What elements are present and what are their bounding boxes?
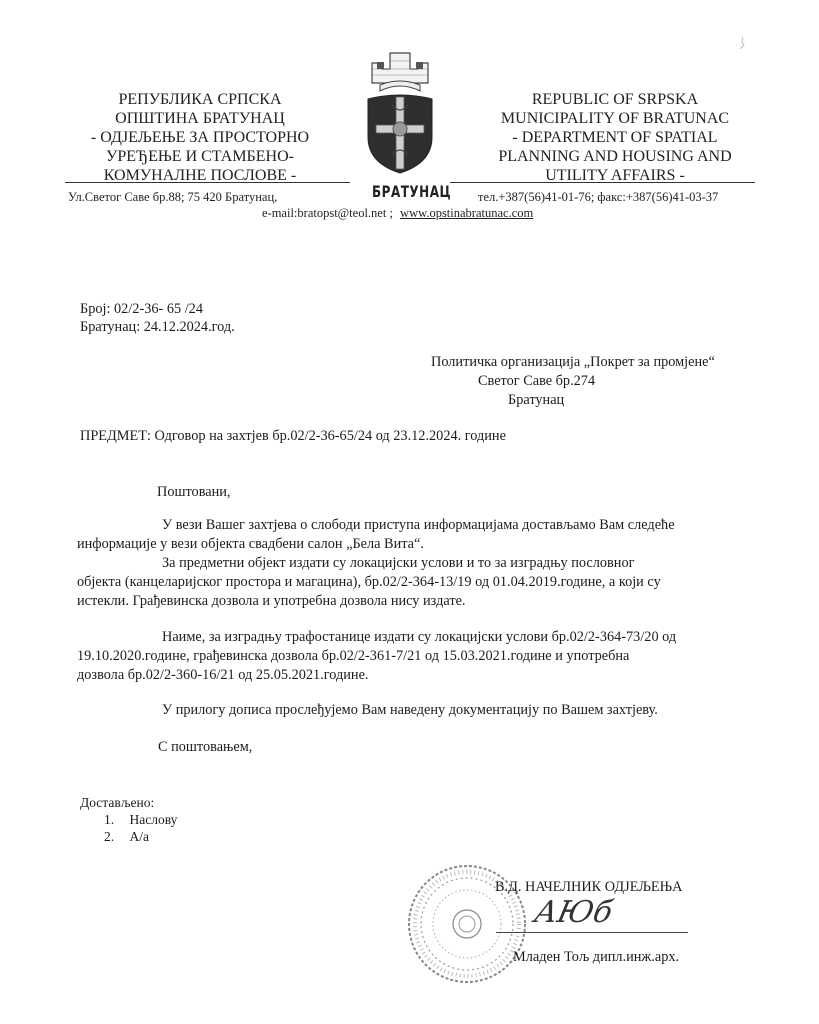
header-line: ОПШТИНА БРАТУНАЦ: [60, 109, 340, 128]
coat-of-arms-icon: [350, 45, 450, 185]
subject-line: ПРЕДМЕТ: Одговор на захтјев бр.02/2-36-6…: [80, 427, 506, 446]
paragraph-3-line: Наиме, за изградњу трафостанице издати с…: [162, 628, 676, 647]
phone-fax: тел.+387(56)41-01-76; факс:+387(56)41-03…: [478, 190, 718, 205]
letterhead-cyrillic: РЕПУБЛИКА СРПСКА ОПШТИНА БРАТУНАЦ - ОДЈЕ…: [60, 90, 340, 185]
header-divider-right: [450, 182, 755, 183]
header-line: РЕПУБЛИКА СРПСКА: [60, 90, 340, 109]
letterhead-english: REPUBLIC OF SRPSKA MUNICIPALITY OF BRATU…: [470, 90, 760, 185]
header-line: REPUBLIC OF SRPSKA: [470, 90, 760, 109]
scan-mark: [738, 36, 746, 52]
reference-number: Број: 02/2-36- 65 /24: [80, 300, 203, 319]
paragraph-3-line: дозвола бр.02/2-360-16/21 од 25.05.2021.…: [77, 666, 369, 685]
item-number: 1.: [104, 812, 114, 827]
delivered-item: 2. А/а: [104, 827, 149, 846]
item-text: А/а: [130, 829, 150, 844]
crest-label: БРАТУНАЦ: [372, 183, 451, 201]
recipient-city: Братунац: [508, 391, 564, 410]
header-line: - DEPARTMENT OF SPATIAL: [470, 128, 760, 147]
website-link[interactable]: www.opstinabratunac.com: [400, 206, 533, 220]
paragraph-2-line: објекта (канцеларијског простора и магац…: [77, 573, 661, 592]
place-date: Братунац: 24.12.2024.год.: [80, 318, 235, 337]
header-line: УРЕЂЕЊЕ И СТАМБЕНО-: [60, 147, 340, 166]
header-line: MUNICIPALITY OF BRATUNAC: [470, 109, 760, 128]
paragraph-1-line: У вези Вашег захтјева о слободи приступа…: [162, 516, 675, 535]
email: e-mail:bratopst@teol.net ;: [262, 206, 393, 220]
paragraph-1-line: информације у вези објекта свадбени сало…: [77, 535, 424, 554]
recipient-street: Светог Саве бр.274: [478, 372, 595, 391]
paragraph-4: У прилогу дописа прослеђујемо Вам наведе…: [162, 701, 658, 720]
paragraph-2-line: истекли. Грађевинска дозвола и употребна…: [77, 592, 466, 611]
salutation: Поштовани,: [157, 483, 230, 502]
address: Ул.Светог Саве бр.88; 75 420 Братунац,: [68, 190, 277, 205]
item-number: 2.: [104, 829, 114, 844]
signature-line: [496, 932, 688, 933]
closing: С поштовањем,: [158, 738, 252, 757]
item-text: Наслову: [130, 812, 178, 827]
paragraph-3-line: 19.10.2020.године, грађевинска дозвола б…: [77, 647, 629, 666]
header-line: - ОДЈЕЉЕЊЕ ЗА ПРОСТОРНО: [60, 128, 340, 147]
header-divider-left: [65, 182, 350, 183]
header-line: PLANNING AND HOUSING AND: [470, 147, 760, 166]
recipient-name: Политичка организација „Покрет за промје…: [431, 353, 715, 372]
contact-line: e-mail:bratopst@teol.net ; www.opstinabr…: [262, 206, 533, 221]
paragraph-2-line: За предметни објект издати су локацијски…: [162, 554, 634, 573]
municipal-crest: [350, 45, 450, 185]
handwritten-signature: АЮб: [531, 895, 615, 930]
signatory-name: Младен Тољ дипл.инж.арх.: [513, 948, 679, 967]
